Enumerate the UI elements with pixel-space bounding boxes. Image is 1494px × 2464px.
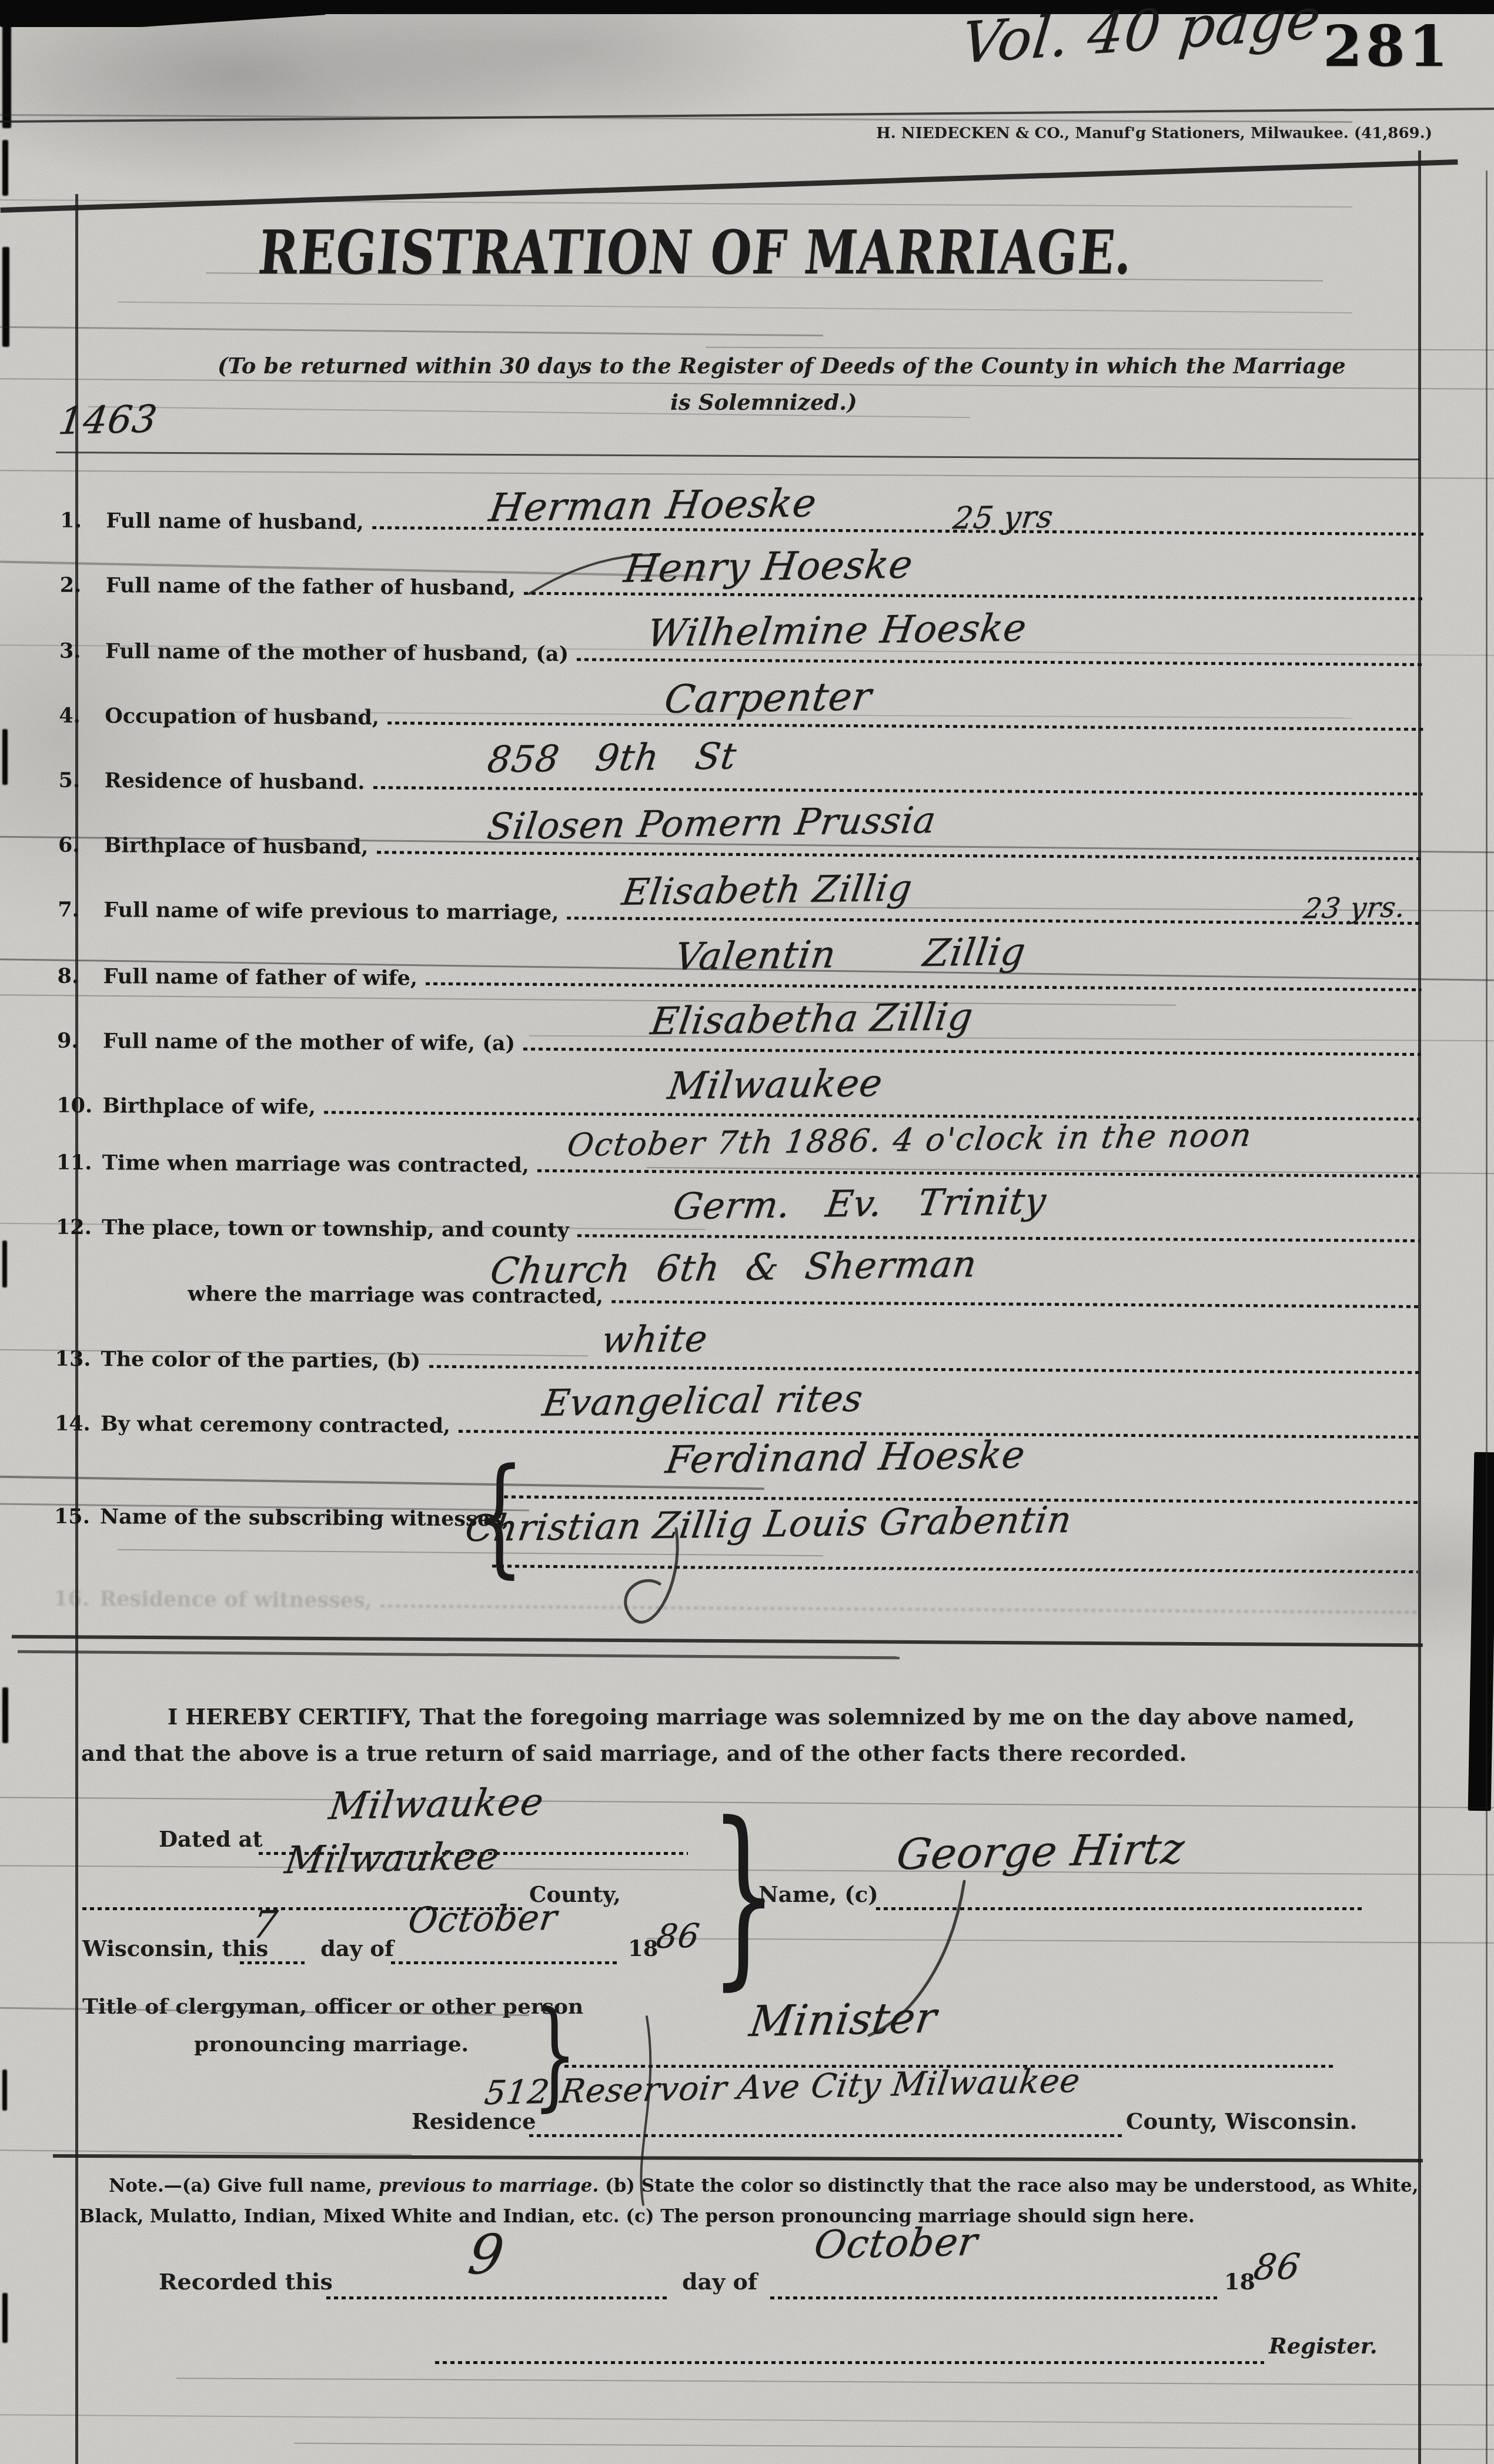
month-value: October <box>406 1897 560 1941</box>
year-prefix: 18 <box>628 1935 659 1961</box>
name-label: Name, (c) <box>758 1881 878 1907</box>
field-row-16-faded: 16.Residence of witnesses, <box>54 1587 1418 1619</box>
field-value-13: white <box>599 1317 711 1362</box>
note-line1: Note.—(a) Give full name, previous to ma… <box>109 2175 1419 2196</box>
dotted-leader <box>377 851 1422 860</box>
dotted-leader <box>387 721 1423 731</box>
note-line2: Black, Mulatto, Indian, Mixed White and … <box>79 2206 1195 2227</box>
dotted-leader <box>373 786 1422 795</box>
dotted-leader <box>537 1169 1421 1178</box>
dotted-leader <box>426 982 1422 991</box>
clergy-value: Minister <box>747 1992 940 2046</box>
dotted-leader <box>492 1564 1418 1573</box>
dotted-leader <box>524 592 1424 600</box>
residence-label: Residence <box>412 2108 536 2134</box>
field-extra-7: 23 yrs. <box>1301 891 1408 925</box>
dotted-leader <box>876 1907 1364 1910</box>
field-value-14: Evangelical rites <box>540 1377 866 1425</box>
residence-suffix: County, Wisconsin. <box>1126 2108 1357 2134</box>
clergy-label-line2: pronouncing marriage. <box>194 2032 469 2057</box>
recorded-label: Recorded this <box>159 2268 333 2295</box>
dotted-leader <box>567 917 1422 925</box>
field-value-4: Carpenter <box>661 674 874 722</box>
state-line-label: Wisconsin, this <box>82 1935 268 1961</box>
dotted-leader <box>326 2296 667 2299</box>
field-value-12b: Church 6th & Sherman <box>487 1242 980 1292</box>
name-value: George Hirtz <box>894 1824 1188 1879</box>
day-of-label: day of <box>320 1935 394 1961</box>
year-value: 86 <box>654 1917 702 1956</box>
recorded-year-value: 86 <box>1251 2246 1303 2288</box>
dotted-leader <box>240 1961 305 1964</box>
note-italic-phrase: previous to marriage. <box>379 2175 599 2196</box>
recorded-year-prefix: 18 <box>1224 2268 1255 2295</box>
field-row-15: 15.Name of the subscribing witnesses, <box>54 1505 466 1531</box>
dotted-leader <box>435 2361 1264 2364</box>
field-value-7: Elisabeth Zillig <box>619 866 915 913</box>
field-value-11: October 7th 1886. 4 o'clock in the noon <box>565 1116 1255 1164</box>
dotted-leader <box>391 1961 620 1964</box>
field-value-3: Wilhelmine Hoeske <box>644 606 1030 656</box>
dated-at-label: Dated at <box>159 1826 263 1852</box>
dotted-leader <box>577 1234 1420 1242</box>
dotted-leader <box>324 1111 1421 1121</box>
recorded-month-value: October <box>811 2219 981 2268</box>
field-row-13: 13.The color of the parties, (b) <box>55 1347 1419 1379</box>
field-value-12a: Germ. Ev. Trinity <box>670 1179 1049 1228</box>
certify-line1: I HEREBY CERTIFY, That the foregoing mar… <box>168 1704 1355 1730</box>
field-value-8: Valentin Zillig <box>672 930 1029 979</box>
marriage-registration-scan: Vol. 40 page 281 H. NIEDECKEN & CO., Man… <box>0 0 1494 2464</box>
dotted-leader <box>770 2296 1217 2299</box>
field-value-1: Herman Hoeske <box>486 480 820 530</box>
field-value-2: Henry Hoeske <box>621 541 916 591</box>
field-value-10: Milwaukee <box>665 1062 885 1109</box>
register-label: Register. <box>1269 2333 1378 2359</box>
certify-line2: and that the above is a true return of s… <box>81 1740 1186 1766</box>
field-extra-1: 25 yrs <box>951 499 1055 536</box>
dotted-leader <box>529 2134 1123 2137</box>
dotted-leader <box>429 1365 1419 1374</box>
dated-at-value: Milwaukee <box>326 1780 546 1828</box>
clergy-label-line1: Title of clergyman, officer or other per… <box>82 1994 583 2019</box>
dotted-leader <box>577 658 1423 666</box>
recorded-day-of: day of <box>682 2268 757 2295</box>
dotted-leader <box>523 1048 1421 1056</box>
field-value-5: 858 9th St <box>485 734 740 781</box>
field-value-15a: Ferdinand Hoeske <box>663 1433 1028 1482</box>
dotted-leader <box>380 1604 1418 1614</box>
field-value-9: Elisabetha Zillig <box>648 995 976 1044</box>
county-value: Milwaukee <box>282 1834 502 1883</box>
field-value-6: Silosen Pomern Prussia <box>484 798 939 848</box>
field-row-5: 5.Residence of husband. <box>59 768 1423 801</box>
field-value-15b: Christian Zillig Louis Grabentin <box>463 1498 1075 1550</box>
dotted-leader <box>611 1300 1419 1308</box>
